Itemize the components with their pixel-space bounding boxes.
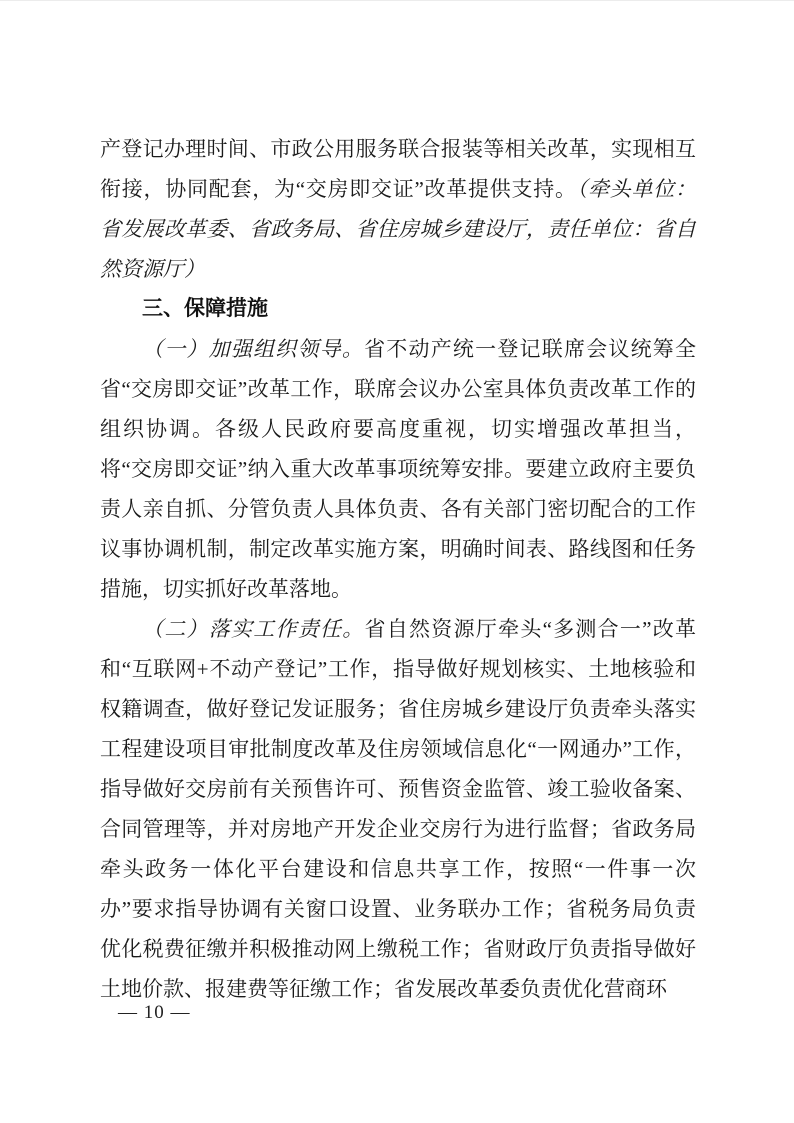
item-1-lead: （一）加强组织领导。 — [142, 337, 364, 361]
section-heading-safeguard-measures: 三、保障措施 — [100, 289, 696, 329]
paragraph-item-2: （二）落实工作责任。省自然资源厅牵头“多测合一”改革和“互联网+不动产登记”工作… — [100, 609, 696, 1009]
document-body: 产登记办理时间、市政公用服务联合报装等相关改革，实现相互衔接，协同配套，为“交房… — [100, 129, 696, 1009]
document-page: 产登记办理时间、市政公用服务联合报装等相关改革，实现相互衔接，协同配套，为“交房… — [0, 0, 794, 1123]
page-number: — 10 — — [118, 1001, 191, 1025]
paragraph-item-1: （一）加强组织领导。省不动产统一登记联席会议统筹全省“交房即交证”改革工作，联席… — [100, 329, 696, 609]
paragraph-continuation: 产登记办理时间、市政公用服务联合报装等相关改革，实现相互衔接，协同配套，为“交房… — [100, 129, 696, 289]
item-2-lead: （二）落实工作责任。 — [142, 617, 365, 641]
item-2-text: 省自然资源厅牵头“多测合一”改革和“互联网+不动产登记”工作，指导做好规划核实、… — [100, 617, 696, 1001]
item-1-text: 省不动产统一登记联席会议统筹全省“交房即交证”改革工作，联席会议办公室具体负责改… — [100, 337, 696, 601]
